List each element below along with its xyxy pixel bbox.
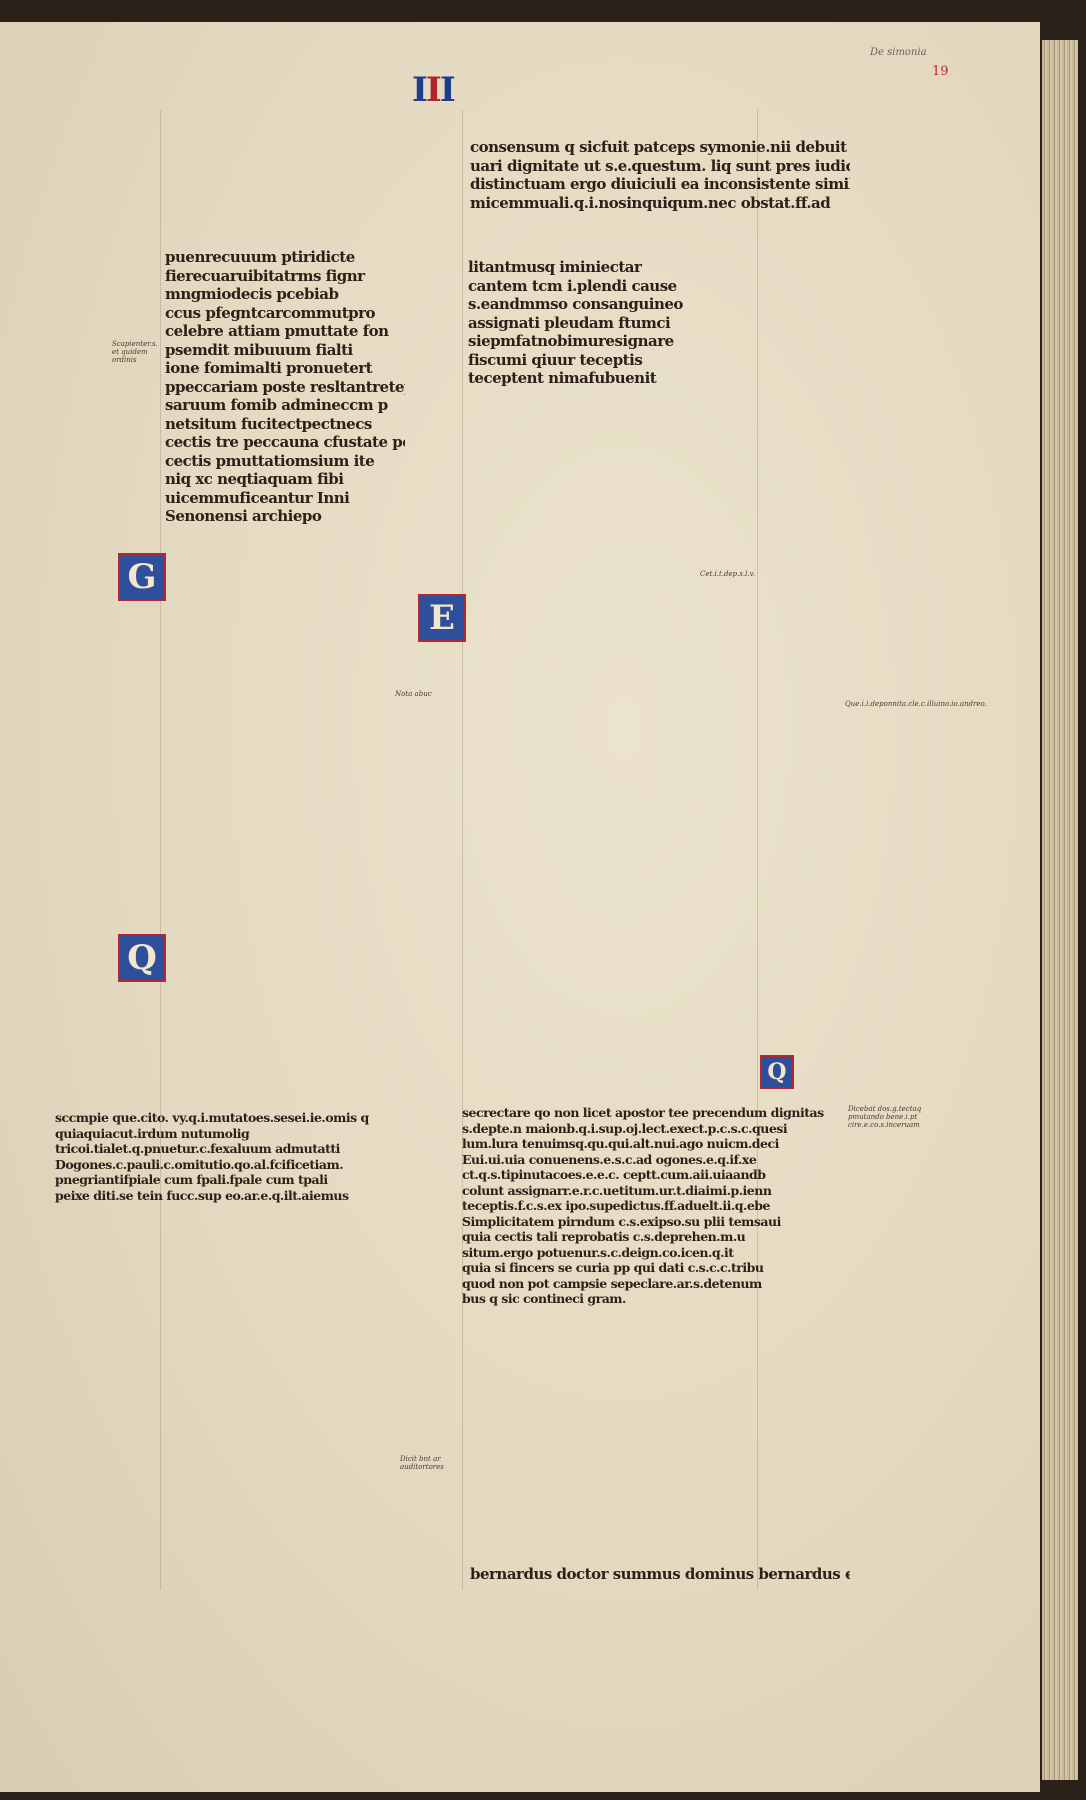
heading-letter-2: I [426,70,440,110]
gloss-line: quod non pot campsie sepeclare.ar.s.dete… [462,1276,847,1292]
gloss-line: s.depte.n maionb.q.i.sup.oj.lect.exect.p… [462,1121,847,1137]
margin-note: Que.i.i.deponnita.cle.c.illuino.io.andre… [845,700,920,708]
gloss-line: quia si fincers se curia pp qui dati c.s… [462,1260,847,1276]
gloss-line: peixe diti.se tein fucc.sup eo.ar.e.q.il… [55,1188,405,1204]
text-line: uari dignitate ut s.e.questum. liq sunt … [470,157,850,176]
gloss-line: ct.q.s.tipinutacoes.e.e.c. ceptt.cum.aii… [462,1167,847,1183]
text-line: fierecuaruibitatrms fignr [165,267,405,286]
text-line: fiscumi qiuur teceptis [468,351,698,370]
bottom-line: bernardus doctor summus dominus bernardu… [470,1565,850,1584]
margin-note: Cet.i.t.dep.s.l.v. [700,570,760,578]
gloss-left-column: sccmpie que.cito. vy.q.i.mutatoes.sesei.… [55,1110,405,1203]
text-line: mngmiodecis pcebiab [165,285,405,304]
gloss-line: quia cectis tali reprobatis c.s.deprehen… [462,1229,847,1245]
decorated-initial: Q [760,1055,794,1089]
text-line: assignati pleudam ftumci [468,314,698,333]
text-line: teceptent nimafubuenit [468,369,698,388]
text-line: saruum fomib admineccm p [165,396,405,415]
gloss-line: tricoi.tialet.q.pnuetur.c.fexaluum admut… [55,1141,405,1157]
text-line: ione fomimalti pronuetert [165,359,405,378]
gloss-line: situm.ergo potuenur.s.c.deign.co.icen.q.… [462,1245,847,1261]
decorated-initial: E [418,594,466,642]
decorated-initial: Q [118,934,166,982]
page-edges [1042,40,1078,1780]
gloss-line: Dogones.c.pauli.c.omitutio.qo.al.fcifice… [55,1157,405,1173]
main-text-left-column: puenrecuuum ptiridicte fierecuaruibitatr… [165,248,405,526]
text-line: uicemmuficeantur Inni [165,489,405,508]
ruling-line [160,110,161,1590]
gloss-line: pnegriantifpiale cum fpali.fpale cum tpa… [55,1172,405,1188]
text-line: ccus pfegntcarcommutpro [165,304,405,323]
running-heading: III [412,70,454,110]
margin-note: Dicebat dos.g.tectaq pmutando bene.i.pt … [848,1105,923,1129]
margin-note: Scapienter.s. et quidem ordinis [112,340,164,364]
gloss-line: secrectare qo non licet apostor tee prec… [462,1105,847,1121]
margin-note: Nota abuc [395,690,445,698]
text-line: litantmusq iminiectar [468,258,698,277]
text-line: consensum q sicfuit patceps symonie.nii … [470,138,850,157]
text-line: ppeccariam poste resltantretep [165,378,405,397]
gloss-line: sccmpie que.cito. vy.q.i.mutatoes.sesei.… [55,1110,405,1126]
text-line: Senonensi archiepo [165,507,405,526]
text-line: netsitum fucitectpectnecs [165,415,405,434]
text-line: cectis pmuttatiomsium ite [165,452,405,471]
gloss-right-column: secrectare qo non licet apostor tee prec… [462,1105,847,1307]
gloss-line: Simplicitatem pirndum c.s.exipso.su plii… [462,1214,847,1230]
folio-number: 19 [932,64,949,79]
main-text-right-column-top: consensum q sicfuit patceps symonie.nii … [470,138,850,212]
margin-note: Dicit bnt ar auditortores [400,1455,460,1471]
text-line: niq xc neqtiaquam fibi [165,470,405,489]
main-text-right-column: litantmusq iminiectar cantem tcm i.plend… [468,258,698,388]
text-line: distinctuam ergo diuiciuli ea inconsiste… [470,175,850,194]
text-line: s.eandmmso consanguineo [468,295,698,314]
gloss-line: bus q sic contineci gram. [462,1291,847,1307]
text-line: celebre attiam pmuttate fon [165,322,405,341]
gloss-line: teceptis.f.c.s.ex ipo.supedictus.ff.adue… [462,1198,847,1214]
text-line: siepmfatnobimuresignare [468,332,698,351]
heading-letter-3: I [440,70,454,110]
text-line: cectis tre peccauna cfustate posit [165,433,405,452]
text-line: psemdit mibuuum fialti [165,341,405,360]
heading-letter-1: I [412,70,426,110]
decorated-initial: G [118,553,166,601]
text-line: micemmuali.q.i.nosinquiqum.nec obstat.ff… [470,194,850,213]
upper-margin-note: De simonia [870,47,927,58]
text-line: cantem tcm i.plendi cause [468,277,698,296]
ruling-line [757,110,758,1590]
text-line: puenrecuuum ptiridicte [165,248,405,267]
gloss-line: quiaquiacut.irdum nutumolig [55,1126,405,1142]
ruling-line [462,110,463,1590]
gloss-line: Eui.ui.uia conuenens.e.s.c.ad ogones.e.q… [462,1152,847,1168]
text-line: bernardus doctor summus dominus bernardu… [470,1565,850,1584]
gloss-line: lum.lura tenuimsq.qu.qui.alt.nui.ago nui… [462,1136,847,1152]
gloss-line: colunt assignarr.e.r.c.uetitum.ur.t.diai… [462,1183,847,1199]
